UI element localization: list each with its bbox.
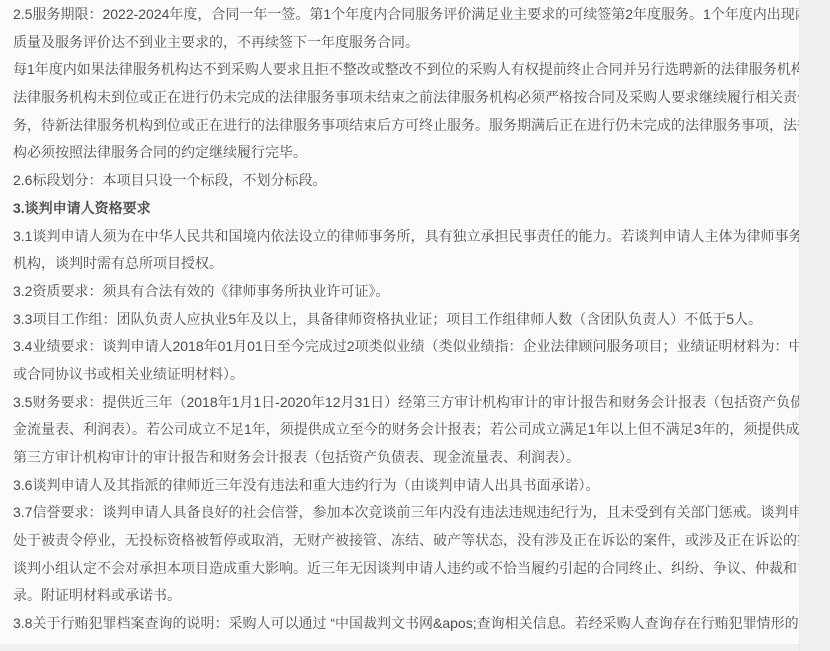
paragraph-text-line: 每1年度内如果法律服务机构达不到采购人要求且拒不整改或整改不到位的采购人有权提前… <box>13 56 795 84</box>
paragraph-text-line: 3.6谈判申请人及其指派的律师近三年没有违法和重大违约行为（由谈判申请人出具书面… <box>13 472 795 500</box>
paragraph-text-line: 务，待新法律服务机构到位或正在进行的法律服务事项结束后方可终止服务。服务期满后正… <box>13 112 795 140</box>
paragraph-text-line: 3.1谈判申请人须为在中华人民共和国境内依法设立的律师事务所，具有独立承担民事责… <box>13 223 795 251</box>
section-heading-line: 3.谈判申请人资格要求 <box>13 195 795 223</box>
paragraph-text-line: 录。附证明材料或承诺书。 <box>13 582 795 610</box>
document-body: 2.5服务期限：2022-2024年度，合同一年一签。第1个年度内合同服务评价满… <box>0 0 799 644</box>
paragraph-text-line: 3.7信誉要求：谈判申请人具备良好的社会信誉，参加本次竞谈前三年内没有违法违规违… <box>13 499 795 527</box>
paragraph-text-line: 法律服务机构未到位或正在进行仍未完成的法律服务事项未结束之前法律服务机构必须严格… <box>13 84 795 112</box>
paragraph-text-line: 3.3项目工作组：团队负责人应执业5年及以上，具备律师资格执业证；项目工作组律师… <box>13 306 795 334</box>
paragraph-text-line: 3.2资质要求：须具有合法有效的《律师事务所执业许可证》。 <box>13 278 795 306</box>
paragraph-text-line: 谈判小组认定不会对承担本项目造成重大影响。近三年无因谈判申请人违约或不恰当履约引… <box>13 555 795 583</box>
paragraph-text-line: 2.6标段划分：本项目只设一个标段，不划分标段。 <box>13 167 795 195</box>
document-page: { "page": { "background_color": "#fbfbfb… <box>0 0 830 651</box>
paragraph-text-line: 或合同协议书或相关业绩证明材料）。 <box>13 361 795 389</box>
paragraph-text-line: 构必须按照法律服务合同的约定继续履行完毕。 <box>13 139 795 167</box>
horizontal-scrollbar-track[interactable] <box>0 644 799 651</box>
paragraph-text-line: 机构，谈判时需有总所项目授权。 <box>13 250 795 278</box>
paragraph-text-line: 3.5财务要求：提供近三年（2018年1月1日-2020年12月31日）经第三方… <box>13 389 795 417</box>
paragraph-text-line: 处于被责令停业，无投标资格被暂停或取消，无财产被接管、冻结、破产等状态，没有涉及… <box>13 527 795 555</box>
paragraph-text-line: 质量及服务评价达不到业主要求的，不再续签下一年度服务合同。 <box>13 29 795 57</box>
paragraph-text-line: 第三方审计机构审计的审计报告和财务会计报表（包括资产负债表、现金流量表、利润表）… <box>13 444 795 472</box>
vertical-scrollbar-track[interactable] <box>799 0 830 651</box>
paragraph-text-line: 金流量表、利润表）。若公司成立不足1年，须提供成立至今的财务会计报表；若公司成立… <box>13 416 795 444</box>
paragraph-text-line: 2.5服务期限：2022-2024年度，合同一年一签。第1个年度内合同服务评价满… <box>13 1 795 29</box>
paragraph-text-line: 3.4业绩要求：谈判申请人2018年01月01日至今完成过2项类似业绩（类似业绩… <box>13 333 795 361</box>
paragraph-text-line: 3.8关于行贿犯罪档案查询的说明：采购人可以通过 “中国裁判文书网&apos;查… <box>13 610 795 638</box>
